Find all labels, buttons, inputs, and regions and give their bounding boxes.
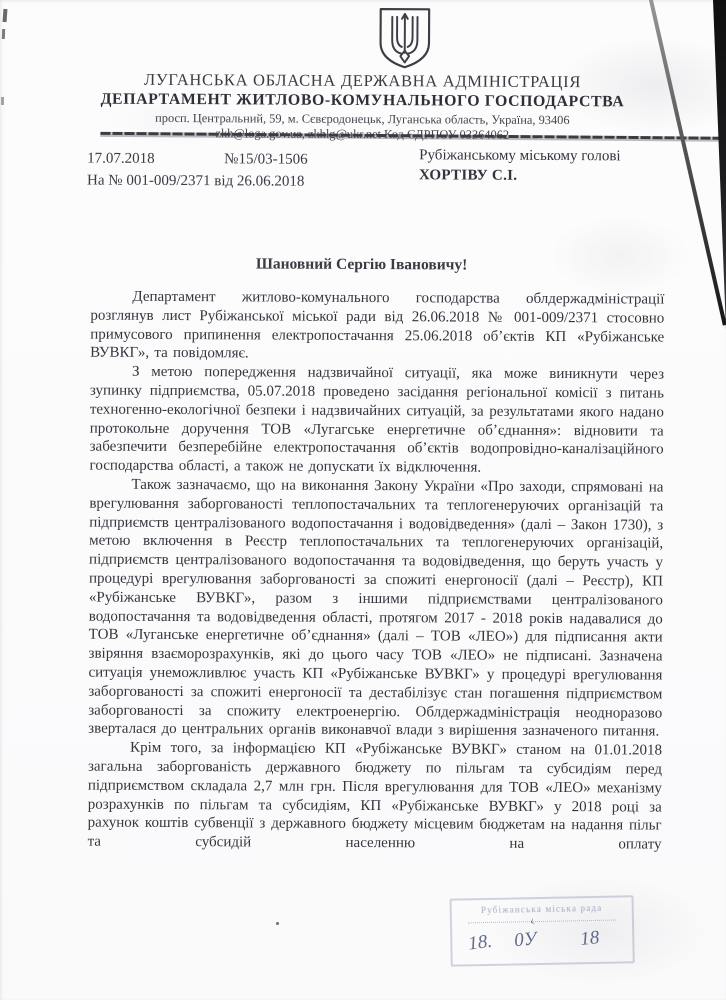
addressee-title: Рубіжанському міському голові <box>419 147 621 165</box>
letter-number: №15/03-1506 <box>224 151 308 168</box>
scan-artifact-left-mark-3 <box>1 97 4 105</box>
scan-artifact-left-mark-2 <box>2 29 5 39</box>
org-name-line2: ДЕПАРТАМЕНТ ЖИТЛОВО-КОМУНАЛЬНОГО ГОСПОДА… <box>0 90 726 112</box>
stamp-dotted-line <box>468 919 616 924</box>
stamp-handwriting: ‹ 18. 0У 18 <box>452 923 633 960</box>
scanned-letter-page: ЛУГАНСЬКА ОБЛАСНА ДЕРЖАВНА АДМІНІСТРАЦІЯ… <box>0 0 726 1000</box>
scan-speck-2 <box>372 470 374 472</box>
letter-content: ЛУГАНСЬКА ОБЛАСНА ДЕРЖАВНА АДМІНІСТРАЦІЯ… <box>0 0 726 1000</box>
handwritten-day: 18. <box>467 931 493 956</box>
ukraine-trident-emblem <box>374 6 436 70</box>
body-paragraph-2: З метою попередження надзвичайної ситуац… <box>90 363 665 479</box>
incoming-stamp: Рубіжанська міська рада ‹ 18. 0У 18 <box>449 895 634 967</box>
addressee-name: ХОРТІВУ С.І. <box>419 167 621 185</box>
salutation: Шановний Сергію Івановичу! <box>0 254 725 276</box>
reference-block: 17.07.2018 №15/03-1506 На № 001-009/2371… <box>87 151 407 175</box>
reference-row: 17.07.2018 №15/03-1506 <box>87 151 407 175</box>
body-paragraph-3: Також зазначаємо, що на виконання Закону… <box>88 476 663 742</box>
body-paragraph-4: Крім того, за інформацією КП «Рубіжанськ… <box>88 739 663 855</box>
handwritten-month: 0У <box>513 928 537 952</box>
letter-date: 17.07.2018 <box>87 151 155 168</box>
reply-reference: На № 001-009/2371 від 26.06.2018 <box>87 173 304 191</box>
letter-body: Департамент житлово-комунального господа… <box>88 288 665 855</box>
stamp-org-line: Рубіжанська міська рада <box>452 902 632 915</box>
scan-speck-1 <box>276 922 279 925</box>
handwritten-number: 18 <box>579 927 600 951</box>
body-paragraph-1: Департамент житлово-комунального господа… <box>90 288 664 366</box>
addressee-block: Рубіжанському міському голові ХОРТІВУ С.… <box>419 147 621 185</box>
org-name-line1: ЛУГАНСЬКА ОБЛАСНА ДЕРЖАВНА АДМІНІСТРАЦІЯ <box>0 69 726 93</box>
